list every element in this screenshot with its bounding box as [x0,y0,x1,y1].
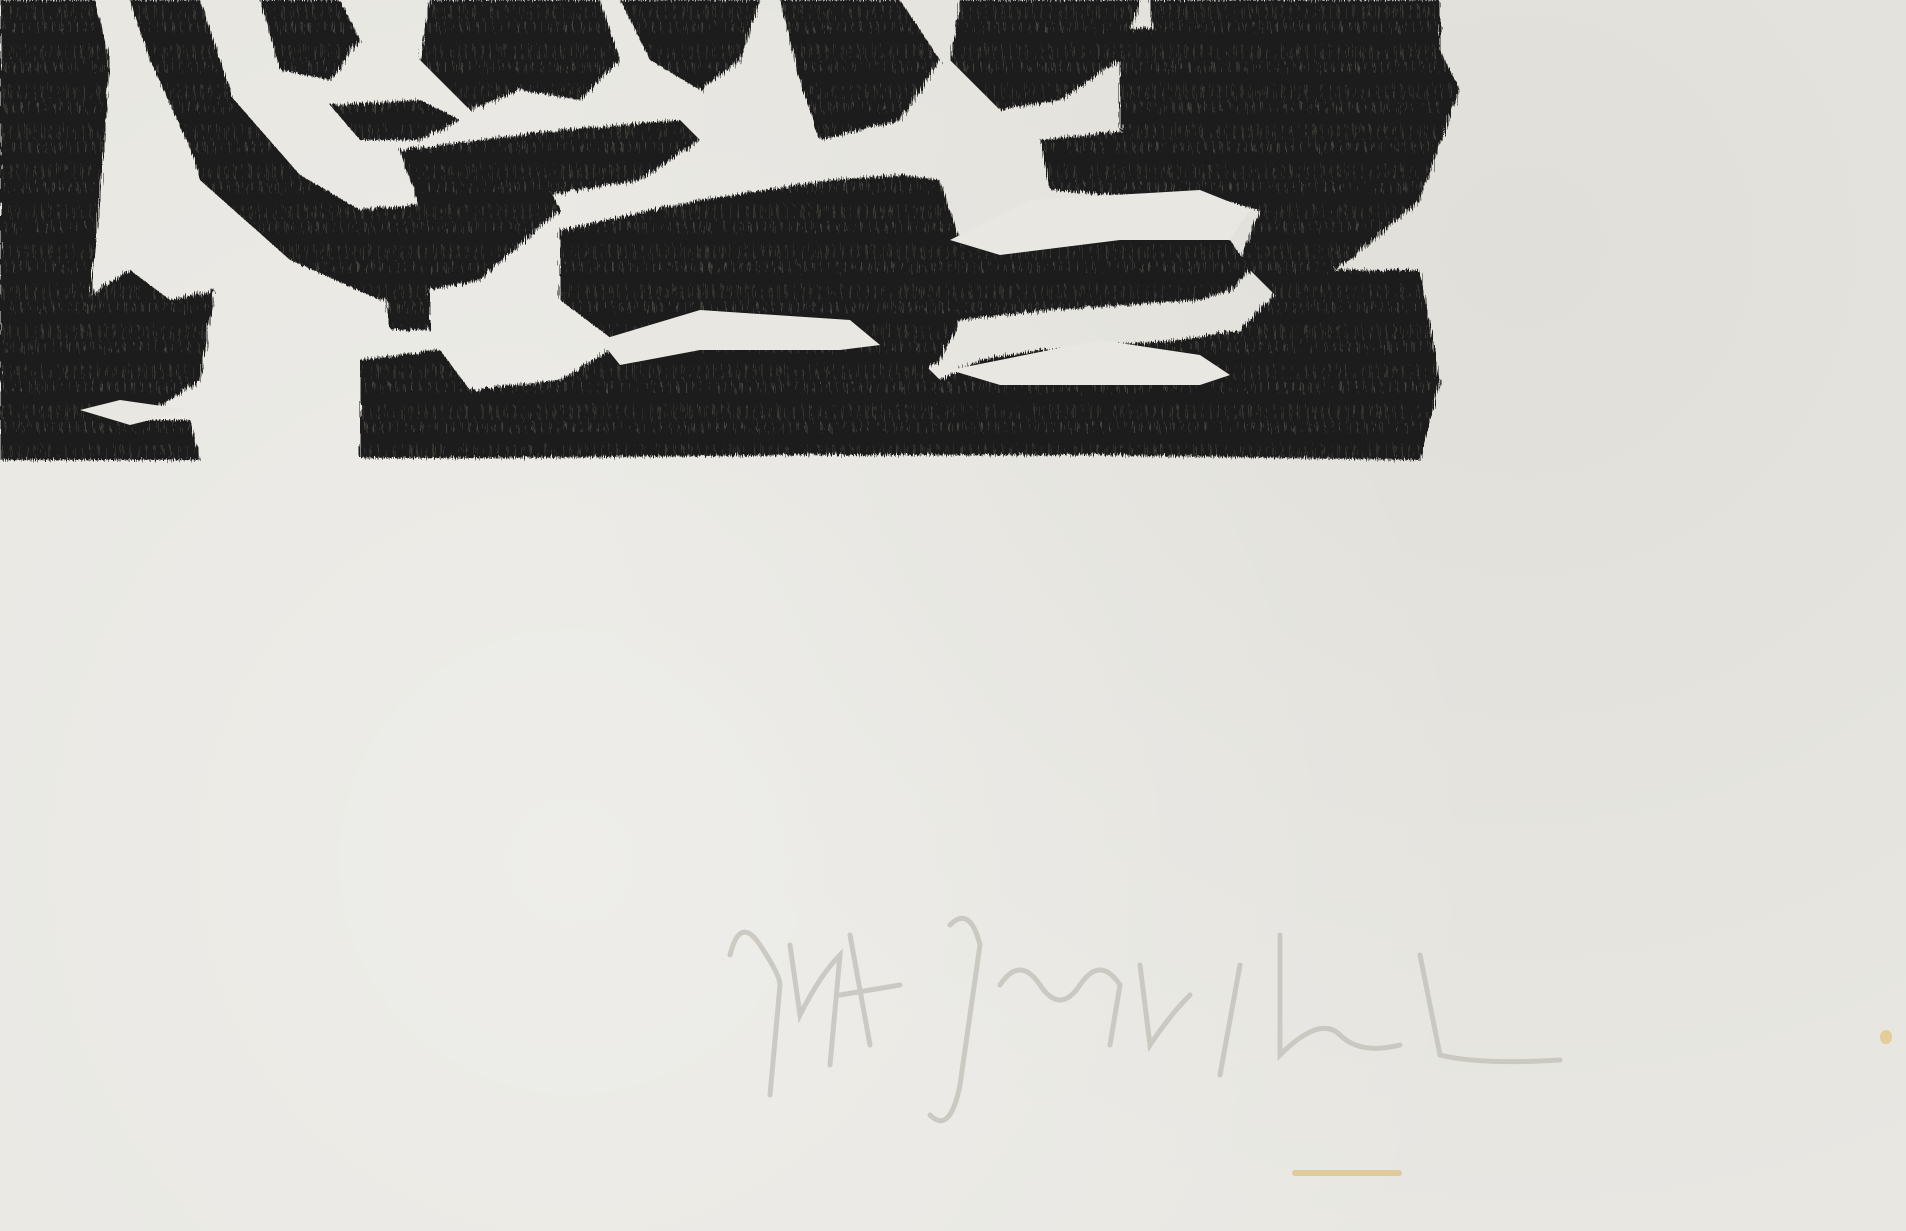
woodcut-print [0,0,1906,620]
paper-stain [1292,1170,1402,1176]
paper-stain-small [1880,1030,1892,1044]
pencil-signature [720,895,1780,1165]
